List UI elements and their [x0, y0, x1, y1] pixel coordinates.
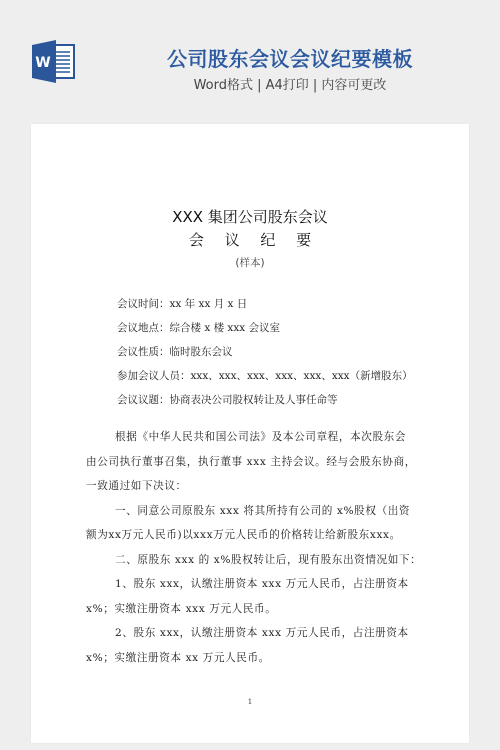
doc-sample-note: (样本) [31, 255, 469, 270]
word-icon: W [32, 40, 76, 83]
meeting-info: 会议时间：xx 年 xx 月 x 日 会议地点：综合楼 x 楼 xxx 会议室 … [117, 296, 457, 416]
body-line: x%；实缴注册资本 xx 万元人民币。 [86, 650, 422, 675]
info-location: 会议地点：综合楼 x 楼 xxx 会议室 [117, 320, 457, 344]
body-line: 由公司执行董事召集，执行董事 xxx 主持会议。经与会股东协商， [86, 454, 422, 479]
body-line: 额为xx万元人民币)以xxx万元人民币的价格转让给新股东xxx。 [86, 527, 422, 552]
document-page: XXX 集团公司股东会议 会 议 纪 要 (样本) 会议时间：xx 年 xx 月… [31, 124, 469, 743]
body-line: 2、股东 xxx，认缴注册资本 xxx 万元人民币，占注册资本 [86, 625, 422, 650]
info-nature: 会议性质：临时股东会议 [117, 344, 457, 368]
body-line: 根据《中华人民共和国公司法》及本公司章程，本次股东会 [86, 429, 422, 454]
body-line: x%；实缴注册资本 xxx 万元人民币。 [86, 601, 422, 626]
svg-text:W: W [35, 55, 50, 71]
body-line: 二、原股东 xxx 的 x%股权转让后，现有股东出资情况如下： [86, 552, 422, 577]
body-line: 一致通过如下决议： [86, 478, 422, 503]
info-time: 会议时间：xx 年 xx 月 x 日 [117, 296, 457, 320]
body-line: 一、同意公司原股东 xxx 将其所持有公司的 x%股权（出资 [86, 503, 422, 528]
doc-title: XXX 集团公司股东会议 [31, 206, 469, 227]
page-title: 公司股东会议会议纪要模板 [130, 43, 450, 72]
page-number: 1 [31, 698, 469, 706]
header: W 公司股东会议会议纪要模板 Word格式 | A4打印 | 内容可更改 [0, 0, 500, 120]
document-body: 根据《中华人民共和国公司法》及本公司章程，本次股东会 由公司执行董事召集，执行董… [86, 429, 422, 674]
page-subtitle: Word格式 | A4打印 | 内容可更改 [130, 74, 450, 93]
body-line: 1、股东 xxx，认缴注册资本 xxx 万元人民币，占注册资本 [86, 576, 422, 601]
info-topic: 会议议题：协商表决公司股权转让及人事任命等 [117, 392, 457, 416]
doc-subtitle: 会 议 纪 要 [31, 229, 469, 250]
info-attendees: 参加会议人员：xxx、xxx、xxx、xxx、xxx、xxx（新增股东） [117, 368, 457, 392]
